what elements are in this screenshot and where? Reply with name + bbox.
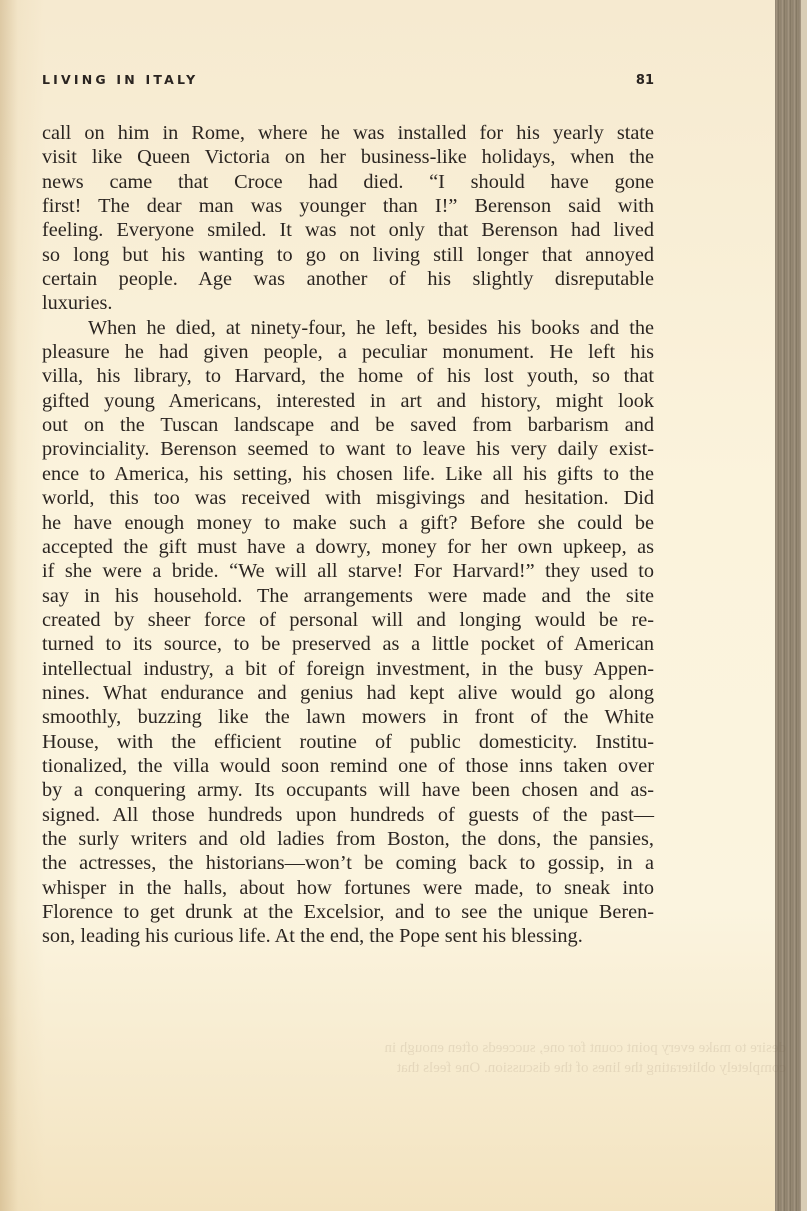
show-through-line: completely obliterating the lines of the… <box>436 1058 786 1078</box>
text-line: out on the Tuscan landscape and be saved… <box>42 413 654 437</box>
text-line: ence to America, his setting, his chosen… <box>42 462 654 486</box>
text-line: certain people. Age was another of his s… <box>42 267 654 291</box>
chapter-title: LIVING IN ITALY <box>42 72 198 87</box>
page-number: 81 <box>636 73 654 88</box>
text-line: so long but his wanting to go on living … <box>42 243 654 267</box>
text-line: House, with the efficient routine of pub… <box>42 730 654 754</box>
text-line: pleasure he had given people, a peculiar… <box>42 340 654 364</box>
text-line: he have enough money to make such a gift… <box>42 511 654 535</box>
page-edges <box>775 0 807 1211</box>
text-line: villa, his library, to Harvard, the home… <box>42 364 654 388</box>
text-line: son, leading his curious life. At the en… <box>42 924 654 948</box>
text-line: visit like Queen Victoria on her busines… <box>42 145 654 169</box>
text-line: call on him in Rome, where he was instal… <box>42 121 654 145</box>
text-line: first! The dear man was younger than I!”… <box>42 194 654 218</box>
text-line: feeling. Everyone smiled. It was not onl… <box>42 218 654 242</box>
text-line: whisper in the halls, about how fortunes… <box>42 876 654 900</box>
text-line: the surly writers and old ladies from Bo… <box>42 827 654 851</box>
show-through-line: desire to make every point count for one… <box>436 1038 786 1058</box>
text-line: the actresses, the historians—won’t be c… <box>42 851 654 875</box>
text-line: Florence to get drunk at the Excelsior, … <box>42 900 654 924</box>
text-line: say in his household. The arrangements w… <box>42 584 654 608</box>
text-line: accepted the gift must have a dowry, mon… <box>42 535 654 559</box>
text-line: provinciality. Berenson seemed to want t… <box>42 437 654 461</box>
text-line: if she were a bride. “We will all starve… <box>42 559 654 583</box>
text-line: turned to its source, to be preserved as… <box>42 632 654 656</box>
text-line: created by sheer force of personal will … <box>42 608 654 632</box>
text-line: news came that Croce had died. “I should… <box>42 170 654 194</box>
text-line: tionalized, the villa would soon remind … <box>42 754 654 778</box>
text-line: world, this too was received with misgiv… <box>42 486 654 510</box>
text-line: by a conquering army. Its occupants will… <box>42 778 654 802</box>
text-line: nines. What endurance and genius had kep… <box>42 681 654 705</box>
running-head: LIVING IN ITALY 81 <box>42 72 654 88</box>
text-line: smoothly, buzzing like the lawn mowers i… <box>42 705 654 729</box>
text-line: luxuries. <box>42 291 654 315</box>
paragraph-2: When he died, at ninety-four, he left, b… <box>42 316 654 949</box>
paragraph-1: call on him in Rome, where he was instal… <box>42 121 654 316</box>
text-line: signed. All those hundreds upon hundreds… <box>42 803 654 827</box>
text-line: When he died, at ninety-four, he left, b… <box>42 316 654 340</box>
show-through-text: desire to make every point count for one… <box>436 1038 786 1078</box>
text-line: gifted young Americans, interested in ar… <box>42 389 654 413</box>
body-text: call on him in Rome, where he was instal… <box>42 121 654 949</box>
text-line: intellectual industry, a bit of foreign … <box>42 657 654 681</box>
